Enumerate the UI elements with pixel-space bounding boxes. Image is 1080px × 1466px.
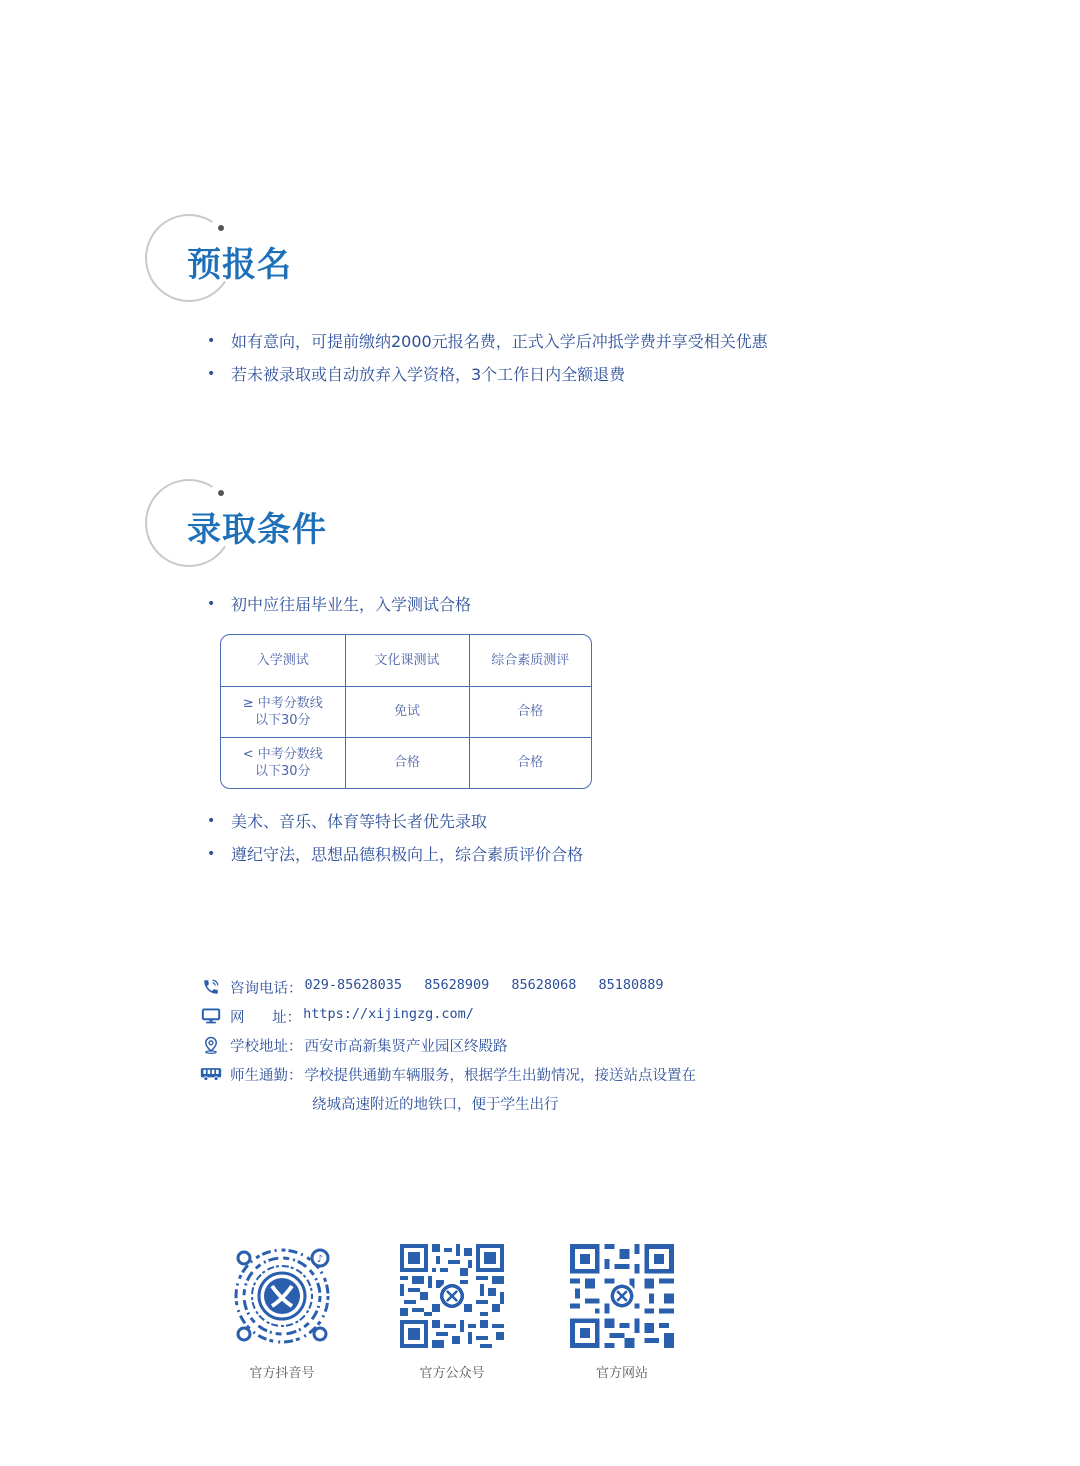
table-cell: 合格 (469, 737, 591, 788)
commute-value: 学校提供通勤车辆服务，根据学生出勤情况，接送站点设置在 (305, 1064, 697, 1085)
bullet-item: 美术、音乐、体育等特长者优先录取 (207, 805, 583, 838)
admission-bullets-top: 初中应往届毕业生，入学测试合格 (207, 588, 471, 621)
qr-label: 官方网站 (567, 1362, 677, 1381)
heading-dot-decoration (218, 225, 224, 231)
bus-icon (200, 1064, 222, 1084)
phone-number: 029-85628035 (305, 977, 403, 993)
phone-label: 咨询电话： (230, 977, 303, 998)
table-header: 文化课测试 (345, 635, 469, 686)
qr-website: 官方网站 (567, 1244, 677, 1381)
phone-icon (200, 977, 222, 997)
commute-label: 师生通勤： (230, 1064, 303, 1085)
svg-text:♪: ♪ (317, 1254, 323, 1265)
condition-line: ≥ 中考分数线 (221, 695, 345, 712)
table-cell: 合格 (345, 737, 469, 788)
condition-line: < 中考分数线 (221, 746, 345, 763)
table-header: 综合素质测评 (469, 635, 591, 686)
table-row: ≥ 中考分数线 以下30分 免试 合格 (221, 686, 591, 737)
address-label: 学校地址： (230, 1035, 303, 1056)
table-header: 入学测试 (221, 635, 345, 686)
bullet-item: 遵纪守法，思想品德积极向上，综合素质评价合格 (207, 838, 583, 871)
phone-numbers: 029-85628035 85628909 85628068 85180889 (305, 977, 678, 993)
qr-label: 官方公众号 (397, 1362, 507, 1381)
website-label: 网 址： (230, 1006, 301, 1027)
phone-number: 85628909 (424, 977, 489, 993)
bullet-item: 如有意向，可提前缴纳2000元报名费，正式入学后冲抵学费并享受相关优惠 (207, 325, 768, 358)
contact-address: 学校地址： 西安市高新集贤产业园区终殿路 (200, 1035, 696, 1064)
section-heading-pre-registration: 预报名 (145, 214, 445, 306)
location-pin-icon (200, 1035, 222, 1055)
phone-number: 85180889 (599, 977, 664, 993)
pre-registration-bullets: 如有意向，可提前缴纳2000元报名费，正式入学后冲抵学费并享受相关优惠 若未被录… (207, 325, 768, 391)
qr-wechat: 官方公众号 (397, 1244, 507, 1381)
condition-line: 以下30分 (221, 712, 345, 729)
admission-bullets-bottom: 美术、音乐、体育等特长者优先录取 遵纪守法，思想品德积极向上，综合素质评价合格 (207, 805, 583, 871)
douyin-qr-code[interactable]: ♪ (230, 1244, 334, 1348)
contact-commute: 师生通勤： 学校提供通勤车辆服务，根据学生出勤情况，接送站点设置在 (200, 1064, 696, 1093)
table-cell: 合格 (469, 686, 591, 737)
section-title: 预报名 (187, 237, 292, 286)
contact-info: 咨询电话： 029-85628035 85628909 85628068 851… (200, 977, 696, 1114)
contact-phone: 咨询电话： 029-85628035 85628909 85628068 851… (200, 977, 696, 1006)
admission-table: 入学测试 文化课测试 综合素质测评 ≥ 中考分数线 以下30分 免试 合格 < … (220, 634, 592, 789)
commute-value-continued: 绕城高速附近的地铁口，便于学生出行 (200, 1093, 696, 1114)
address-value: 西安市高新集贤产业园区终殿路 (305, 1035, 508, 1056)
phone-number: 85628068 (511, 977, 576, 993)
qr-label: 官方抖音号 (227, 1362, 337, 1381)
table-cell-condition: ≥ 中考分数线 以下30分 (221, 686, 345, 737)
website-qr-code[interactable] (570, 1244, 674, 1348)
table-cell: 免试 (345, 686, 469, 737)
table-header-row: 入学测试 文化课测试 综合素质测评 (221, 635, 591, 686)
qr-douyin: ♪ 官方抖音号 (227, 1244, 337, 1381)
heading-dot-decoration (218, 490, 224, 496)
contact-website: 网 址： https://xijingzg.com/ (200, 1006, 696, 1035)
section-heading-admission: 录取条件 (145, 479, 445, 571)
bullet-item: 若未被录取或自动放弃入学资格，3个工作日内全额退费 (207, 358, 768, 391)
monitor-icon (200, 1006, 222, 1026)
table-cell-condition: < 中考分数线 以下30分 (221, 737, 345, 788)
website-link[interactable]: https://xijingzg.com/ (303, 1006, 474, 1022)
bullet-item: 初中应往届毕业生，入学测试合格 (207, 588, 471, 621)
wechat-qr-code[interactable] (400, 1244, 504, 1348)
section-title: 录取条件 (187, 502, 327, 551)
table-row: < 中考分数线 以下30分 合格 合格 (221, 737, 591, 788)
condition-line: 以下30分 (221, 763, 345, 780)
